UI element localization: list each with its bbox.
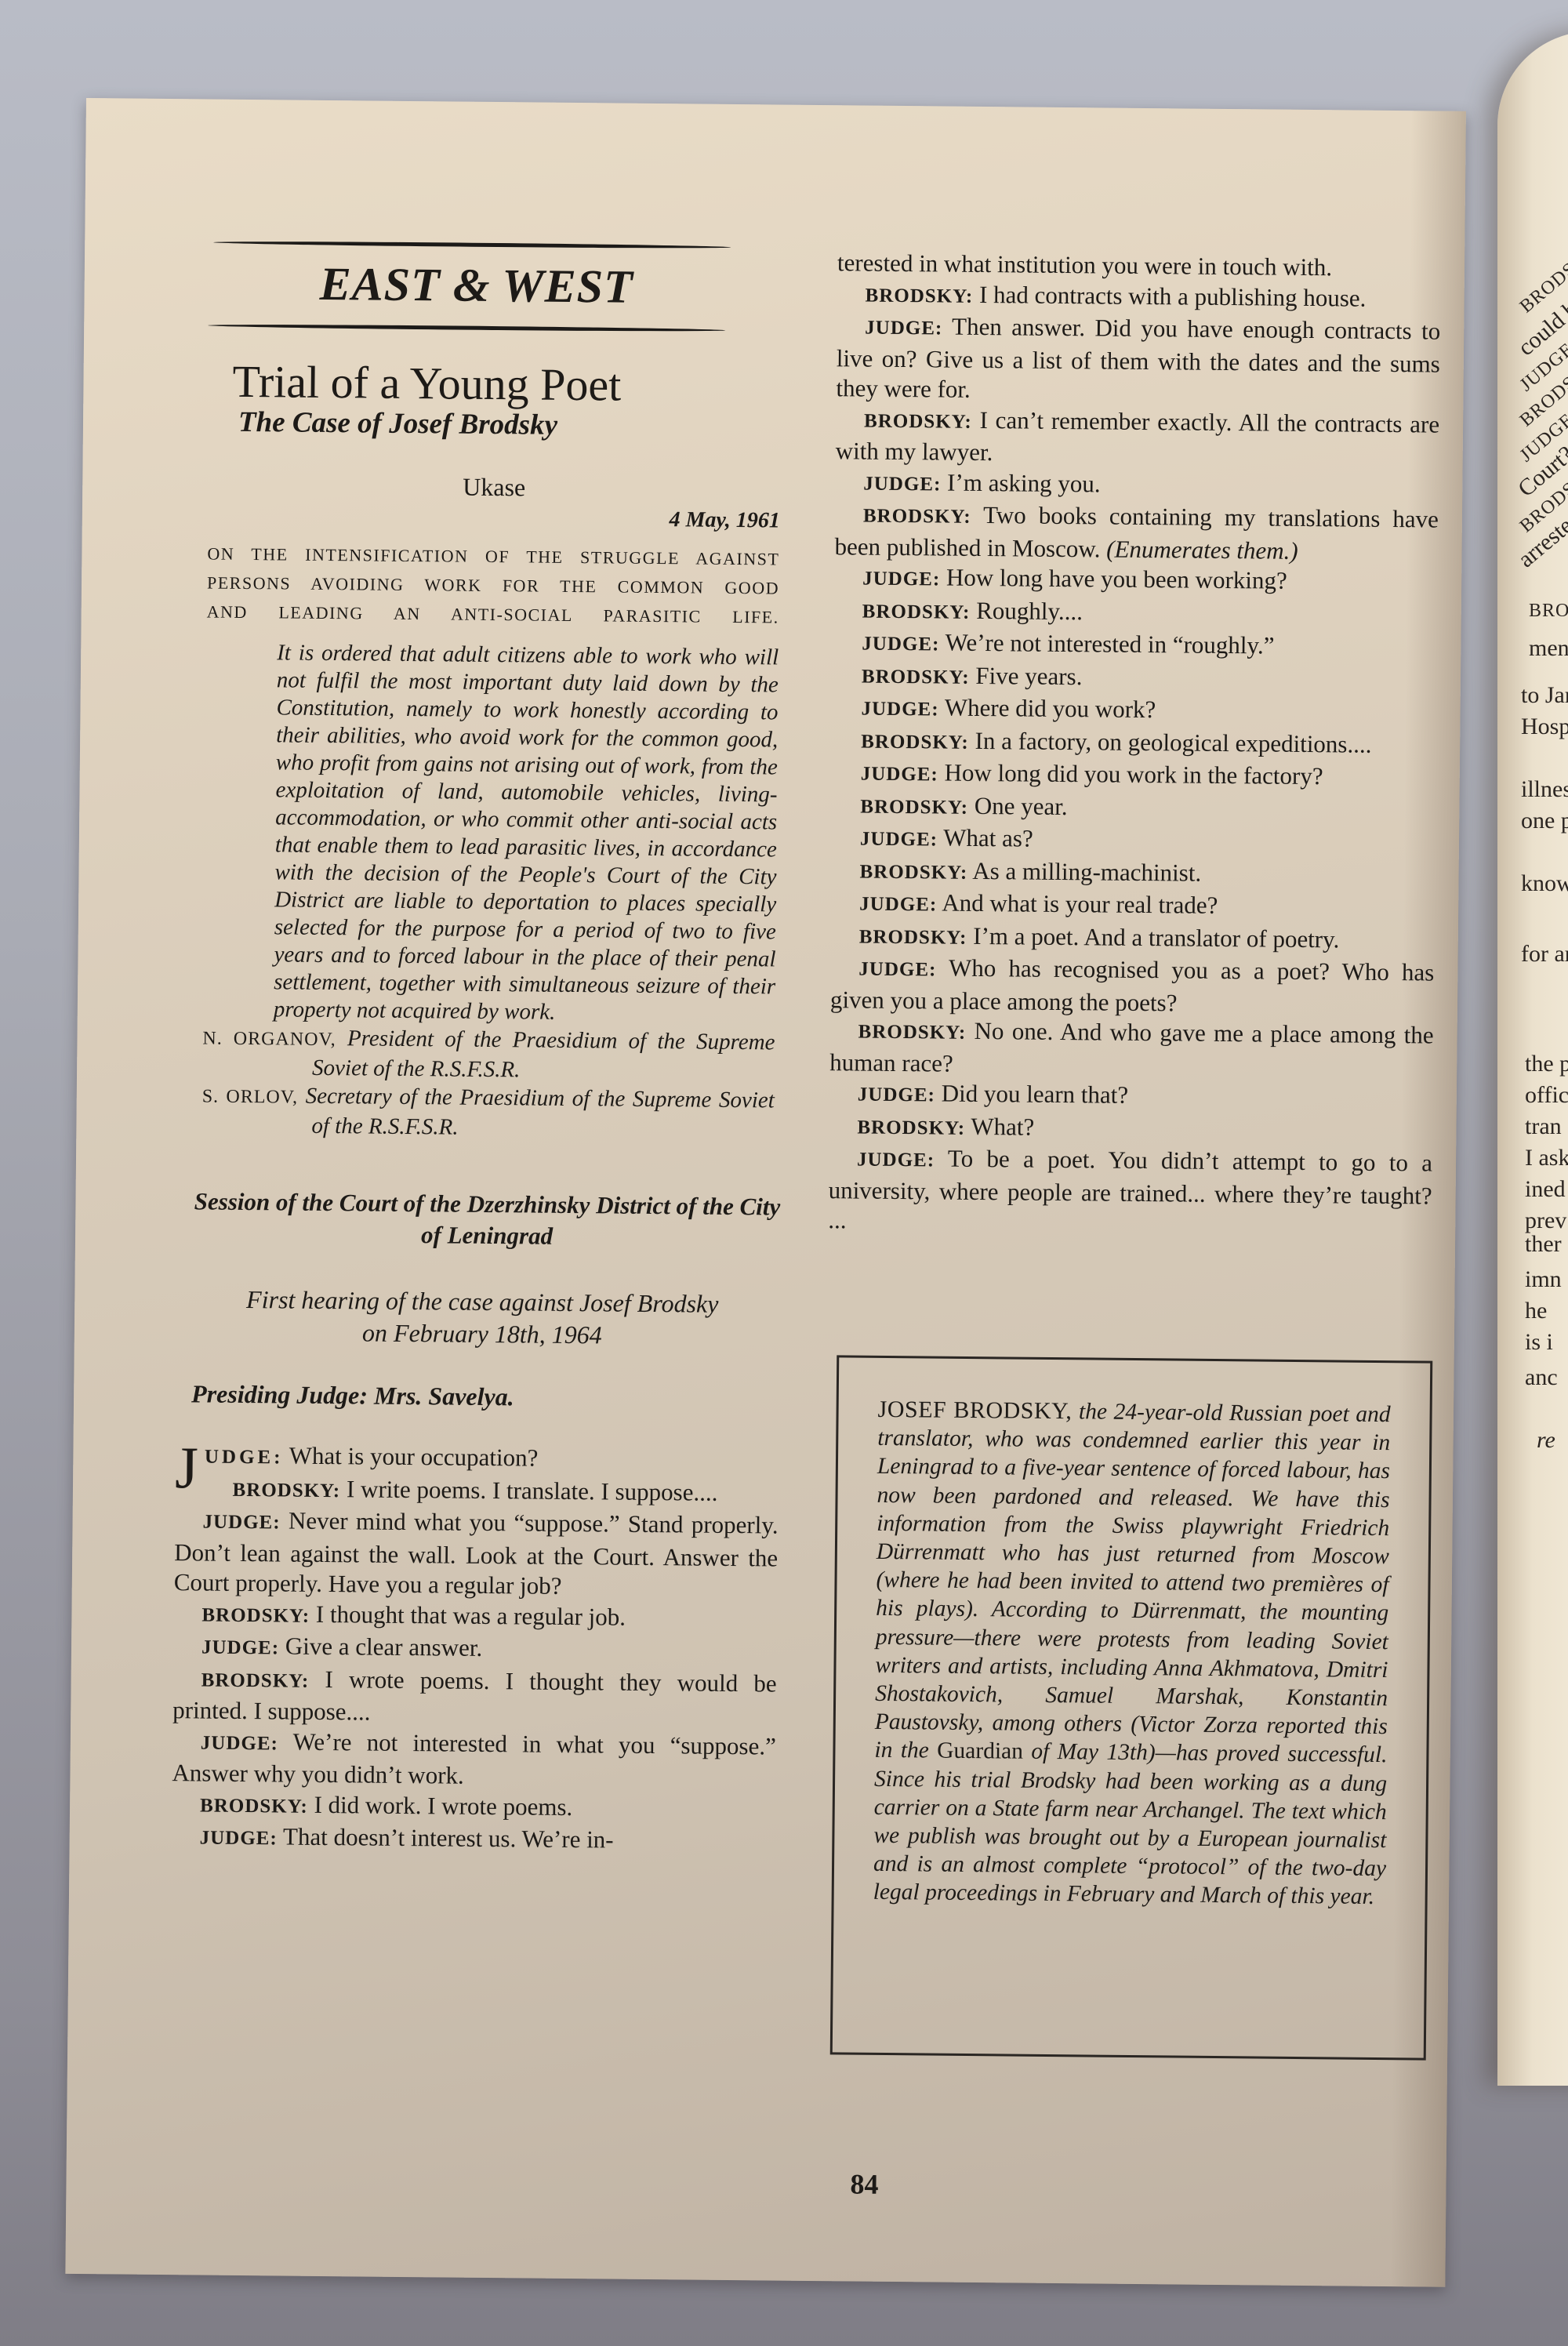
next-page-fragment: Hospit	[1521, 714, 1568, 740]
speaker-label: BRODSKY:	[863, 506, 971, 528]
next-page-fragment: I ask	[1525, 1145, 1568, 1171]
transcript-line: JUDGE: What as?	[832, 822, 1436, 860]
speaker-label: BRODSKY:	[200, 1795, 308, 1817]
speaker-label: JUDGE:	[858, 959, 936, 981]
speech-text: How long did you work in the factory?	[944, 759, 1323, 790]
speech-text: One year.	[975, 791, 1068, 819]
speaker-label: BRODSKY:	[859, 861, 967, 883]
transcript-left: J UDGE: What is your occupation? BRODSKY…	[172, 1440, 779, 1859]
section-title: EAST & WEST	[218, 268, 735, 303]
transcript-line: BRODSKY: I wrote poems. I thought they w…	[172, 1663, 777, 1731]
signatory-name: S. ORLOV,	[202, 1086, 299, 1107]
article-title: Trial of a Young Poet	[232, 366, 867, 402]
page-number: 84	[850, 2167, 878, 2200]
transcript-line: JUDGE: Where did you work?	[833, 692, 1436, 730]
hearing-line-1: First hearing of the case against Josef …	[184, 1283, 780, 1320]
speaker-label: JUDGE:	[862, 568, 940, 590]
top-rule	[213, 241, 731, 249]
speaker-label: JUDGE:	[860, 829, 938, 851]
transcript-continuation: terested in what institution you were in…	[837, 248, 1441, 284]
drop-cap: J	[175, 1443, 198, 1493]
next-page-fragment: the p	[1525, 1051, 1568, 1077]
speaker-label: JUDGE:	[201, 1732, 278, 1754]
transcript-line: J UDGE: What is your occupation?	[175, 1440, 779, 1478]
speech-text: What?	[971, 1112, 1034, 1140]
signatory: N. ORGANOV, President of the Praesidium …	[201, 1022, 775, 1144]
speaker-label: JUDGE:	[861, 699, 938, 721]
hearing-line-2: on February 18th, 1964	[184, 1315, 780, 1353]
decree-body: It is ordered that adult citizens able t…	[274, 639, 779, 1028]
transcript-line: BRODSKY: Five years.	[833, 659, 1437, 698]
stage-direction: (Enumerates them.)	[1106, 535, 1298, 564]
note-name: JOSEF BRODSKY,	[877, 1396, 1072, 1424]
speaker-label: BRODSKY:	[860, 796, 968, 818]
speech-text: What as?	[943, 824, 1033, 852]
transcript-line: JUDGE: How long did you work in the fact…	[833, 757, 1436, 795]
speech-text: Where did you work?	[945, 694, 1156, 724]
next-page-fragment: he	[1525, 1298, 1547, 1324]
speech-text: I’m a poet. And a translator of poetry.	[973, 921, 1339, 952]
transcript-line: BRODSKY: I had contracts with a publishi…	[837, 278, 1440, 317]
transcript-line: BRODSKY: I can’t remember exactly. All t…	[836, 404, 1440, 472]
session-heading: Session of the Court of the Dzerzhinsky …	[193, 1186, 782, 1254]
speech-text: We’re not interested in “roughly.”	[945, 629, 1274, 659]
signatory-role: Secretary of the Praesidium of the Supre…	[306, 1083, 775, 1139]
speaker-label: BRODSKY:	[201, 1604, 310, 1626]
speech-text: Roughly....	[976, 596, 1083, 624]
transcript-line: JUDGE: To be a poet. You didn’t attempt …	[828, 1142, 1432, 1241]
next-page-fragment: for ar	[1521, 941, 1568, 968]
transcript-line: JUDGE: Never mind what you “suppose.” St…	[174, 1505, 779, 1603]
next-page-fragment: offic	[1525, 1082, 1568, 1109]
transcript-line: BRODSKY: As a milling-machinist.	[831, 855, 1435, 893]
transcript-line: BRODSKY: Two books containing my transla…	[834, 499, 1439, 567]
transcript-line: JUDGE: We’re not interested in what you …	[172, 1726, 776, 1794]
transcript-line: JUDGE: Give a clear answer.	[173, 1630, 777, 1669]
article-subtitle: The Case of Josef Brodsky	[238, 408, 867, 444]
next-page-fragment: one pl	[1521, 808, 1568, 834]
speech-text: I had contracts with a publishing house.	[979, 280, 1367, 311]
next-page-fragment: prev	[1525, 1207, 1566, 1234]
speech-text: I write poems. I translate. I suppose...…	[347, 1475, 718, 1506]
speaker-label: BRODSKY:	[864, 410, 972, 432]
transcript-line: BRODSKY: One year.	[832, 790, 1436, 828]
speaker-label: BRODSKY:	[866, 285, 974, 307]
speaker-label: BRODSKY:	[232, 1479, 340, 1501]
transcript-line: JUDGE: Did you learn that?	[829, 1077, 1433, 1116]
next-page-fragment: BRODSK	[1529, 596, 1568, 623]
bottom-rule	[208, 323, 725, 332]
speaker-label: JUDGE:	[862, 634, 939, 655]
speech-text: How long have you been working?	[946, 564, 1287, 594]
editor-note: JOSEF BRODSKY, the 24-year-old Russian p…	[873, 1396, 1391, 1912]
editor-note-box: JOSEF BRODSKY, the 24-year-old Russian p…	[830, 1355, 1433, 2060]
speaker-label: JUDGE:	[200, 1827, 278, 1849]
transcript-line: BRODSKY: What?	[829, 1110, 1432, 1149]
transcript-line: BRODSKY: I thought that was a regular jo…	[173, 1598, 777, 1636]
transcript-line: JUDGE: And what is your real trade?	[831, 887, 1435, 925]
transcript-line: BRODSKY: Roughly....	[834, 594, 1438, 633]
next-page-fragment: to Jan	[1521, 682, 1568, 709]
speaker-label: BRODSKY:	[862, 666, 970, 688]
speech-text: I thought that was a regular job.	[316, 1600, 626, 1630]
speaker-label: JUDGE:	[863, 473, 941, 495]
speaker-label: BRODSKY:	[858, 1022, 966, 1044]
note-newspaper: Guardian	[937, 1738, 1023, 1764]
note-text: of May 13th)—has proved successful. Sinc…	[873, 1739, 1388, 1909]
ukase-block: Ukase 4 May, 1961 ON THE INTENSIFICATION…	[201, 469, 780, 1144]
next-page-fragment: illness	[1521, 776, 1568, 803]
speaker-label: JUDGE:	[865, 318, 942, 340]
speaker-label: UDGE:	[205, 1447, 284, 1469]
next-page-fragment: re	[1537, 1427, 1555, 1454]
transcript-line: BRODSKY: I’m a poet. And a translator of…	[831, 920, 1435, 958]
decree-heading-line: PERSONS AVOIDING WORK FOR THE COMMON GOO…	[207, 568, 779, 602]
speaker-label: JUDGE:	[857, 1149, 935, 1171]
speech-text: And what is your real trade?	[942, 889, 1218, 919]
left-column: EAST & WEST Trial of a Young Poet The Ca…	[203, 241, 869, 1860]
speaker-label: JUDGE:	[202, 1512, 280, 1534]
next-page-fragment: know.	[1521, 870, 1568, 897]
next-page-edge: BRODSKY: could be do JUDGE: V BRODSKY: J…	[1497, 31, 1568, 2086]
transcript-line: BRODSKY: I did work. I wrote poems.	[172, 1789, 775, 1827]
next-page-fragment: tran	[1525, 1113, 1562, 1140]
speaker-label: BRODSKY:	[859, 926, 967, 948]
next-page-fragment: anc	[1525, 1364, 1558, 1391]
speech-text: Did you learn that?	[942, 1080, 1129, 1109]
signatory-name: N. ORGANOV,	[202, 1028, 336, 1050]
transcript-line: JUDGE: Who has recognised you as a poet?…	[830, 952, 1435, 1020]
right-column: terested in what institution you were in…	[828, 248, 1441, 1241]
speech-text: Give a clear answer.	[285, 1632, 483, 1661]
speech-text: I’m asking you.	[947, 468, 1101, 497]
hearing-line: First hearing of the case against Josef …	[184, 1283, 781, 1353]
speech-text: Five years.	[975, 661, 1082, 689]
signatory-role: President of the Praesidium of the Supre…	[312, 1026, 775, 1082]
next-page-fragment: is i	[1525, 1329, 1553, 1356]
speaker-label: BRODSKY:	[861, 731, 969, 753]
presiding-judge: Presiding Judge: Mrs. Savelya.	[191, 1378, 858, 1415]
speaker-label: JUDGE:	[859, 894, 937, 916]
transcript-line: JUDGE: How long have you been working?	[834, 561, 1438, 600]
transcript-line: JUDGE: I’m asking you.	[835, 467, 1439, 505]
decree-heading-line: AND LEADING AN ANTI-SOCIAL PARASITIC LIF…	[207, 597, 779, 631]
decree-heading: ON THE INTENSIFICATION OF THE STRUGGLE A…	[207, 539, 780, 631]
speaker-label: JUDGE:	[858, 1084, 935, 1106]
next-page-fragment: ther	[1525, 1231, 1562, 1258]
ukase-date: 4 May, 1961	[208, 501, 780, 537]
transcript-line: JUDGE: Then answer. Did you have enough …	[836, 310, 1440, 409]
speech-text: I did work. I wrote poems.	[314, 1790, 572, 1820]
speech-text: That doesn’t interest us. We’re in-	[283, 1823, 614, 1854]
speech-text: In a factory, on geological expeditions.…	[975, 726, 1371, 757]
ukase-heading: Ukase	[208, 469, 780, 505]
speaker-label: BRODSKY:	[201, 1669, 310, 1691]
next-page-fragment: ined	[1525, 1176, 1566, 1203]
speaker-label: BRODSKY:	[862, 601, 971, 623]
speech-text: What is your occupation?	[289, 1442, 539, 1472]
next-page-fragment: ment in	[1529, 635, 1568, 662]
transcript-line: BRODSKY: In a factory, on geological exp…	[833, 724, 1436, 763]
decree-heading-line: ON THE INTENSIFICATION OF THE STRUGGLE A…	[207, 539, 779, 573]
speech-text: As a milling-machinist.	[972, 856, 1201, 886]
speaker-label: JUDGE:	[201, 1637, 279, 1659]
note-text: the 24-year-old Russian poet and transla…	[874, 1399, 1390, 1763]
transcript-line: BRODSKY: I write poems. I translate. I s…	[175, 1473, 779, 1511]
transcript-line: BRODSKY: No one. And who gave me a place…	[829, 1015, 1434, 1083]
transcript-line: JUDGE: We’re not interested in “roughly.…	[833, 626, 1437, 665]
speaker-label: BRODSKY:	[857, 1117, 965, 1138]
transcript-line: JUDGE: That doesn’t interest us. We’re i…	[172, 1821, 775, 1859]
next-page-fragment: imn	[1525, 1266, 1562, 1293]
speaker-label: JUDGE:	[861, 764, 938, 786]
